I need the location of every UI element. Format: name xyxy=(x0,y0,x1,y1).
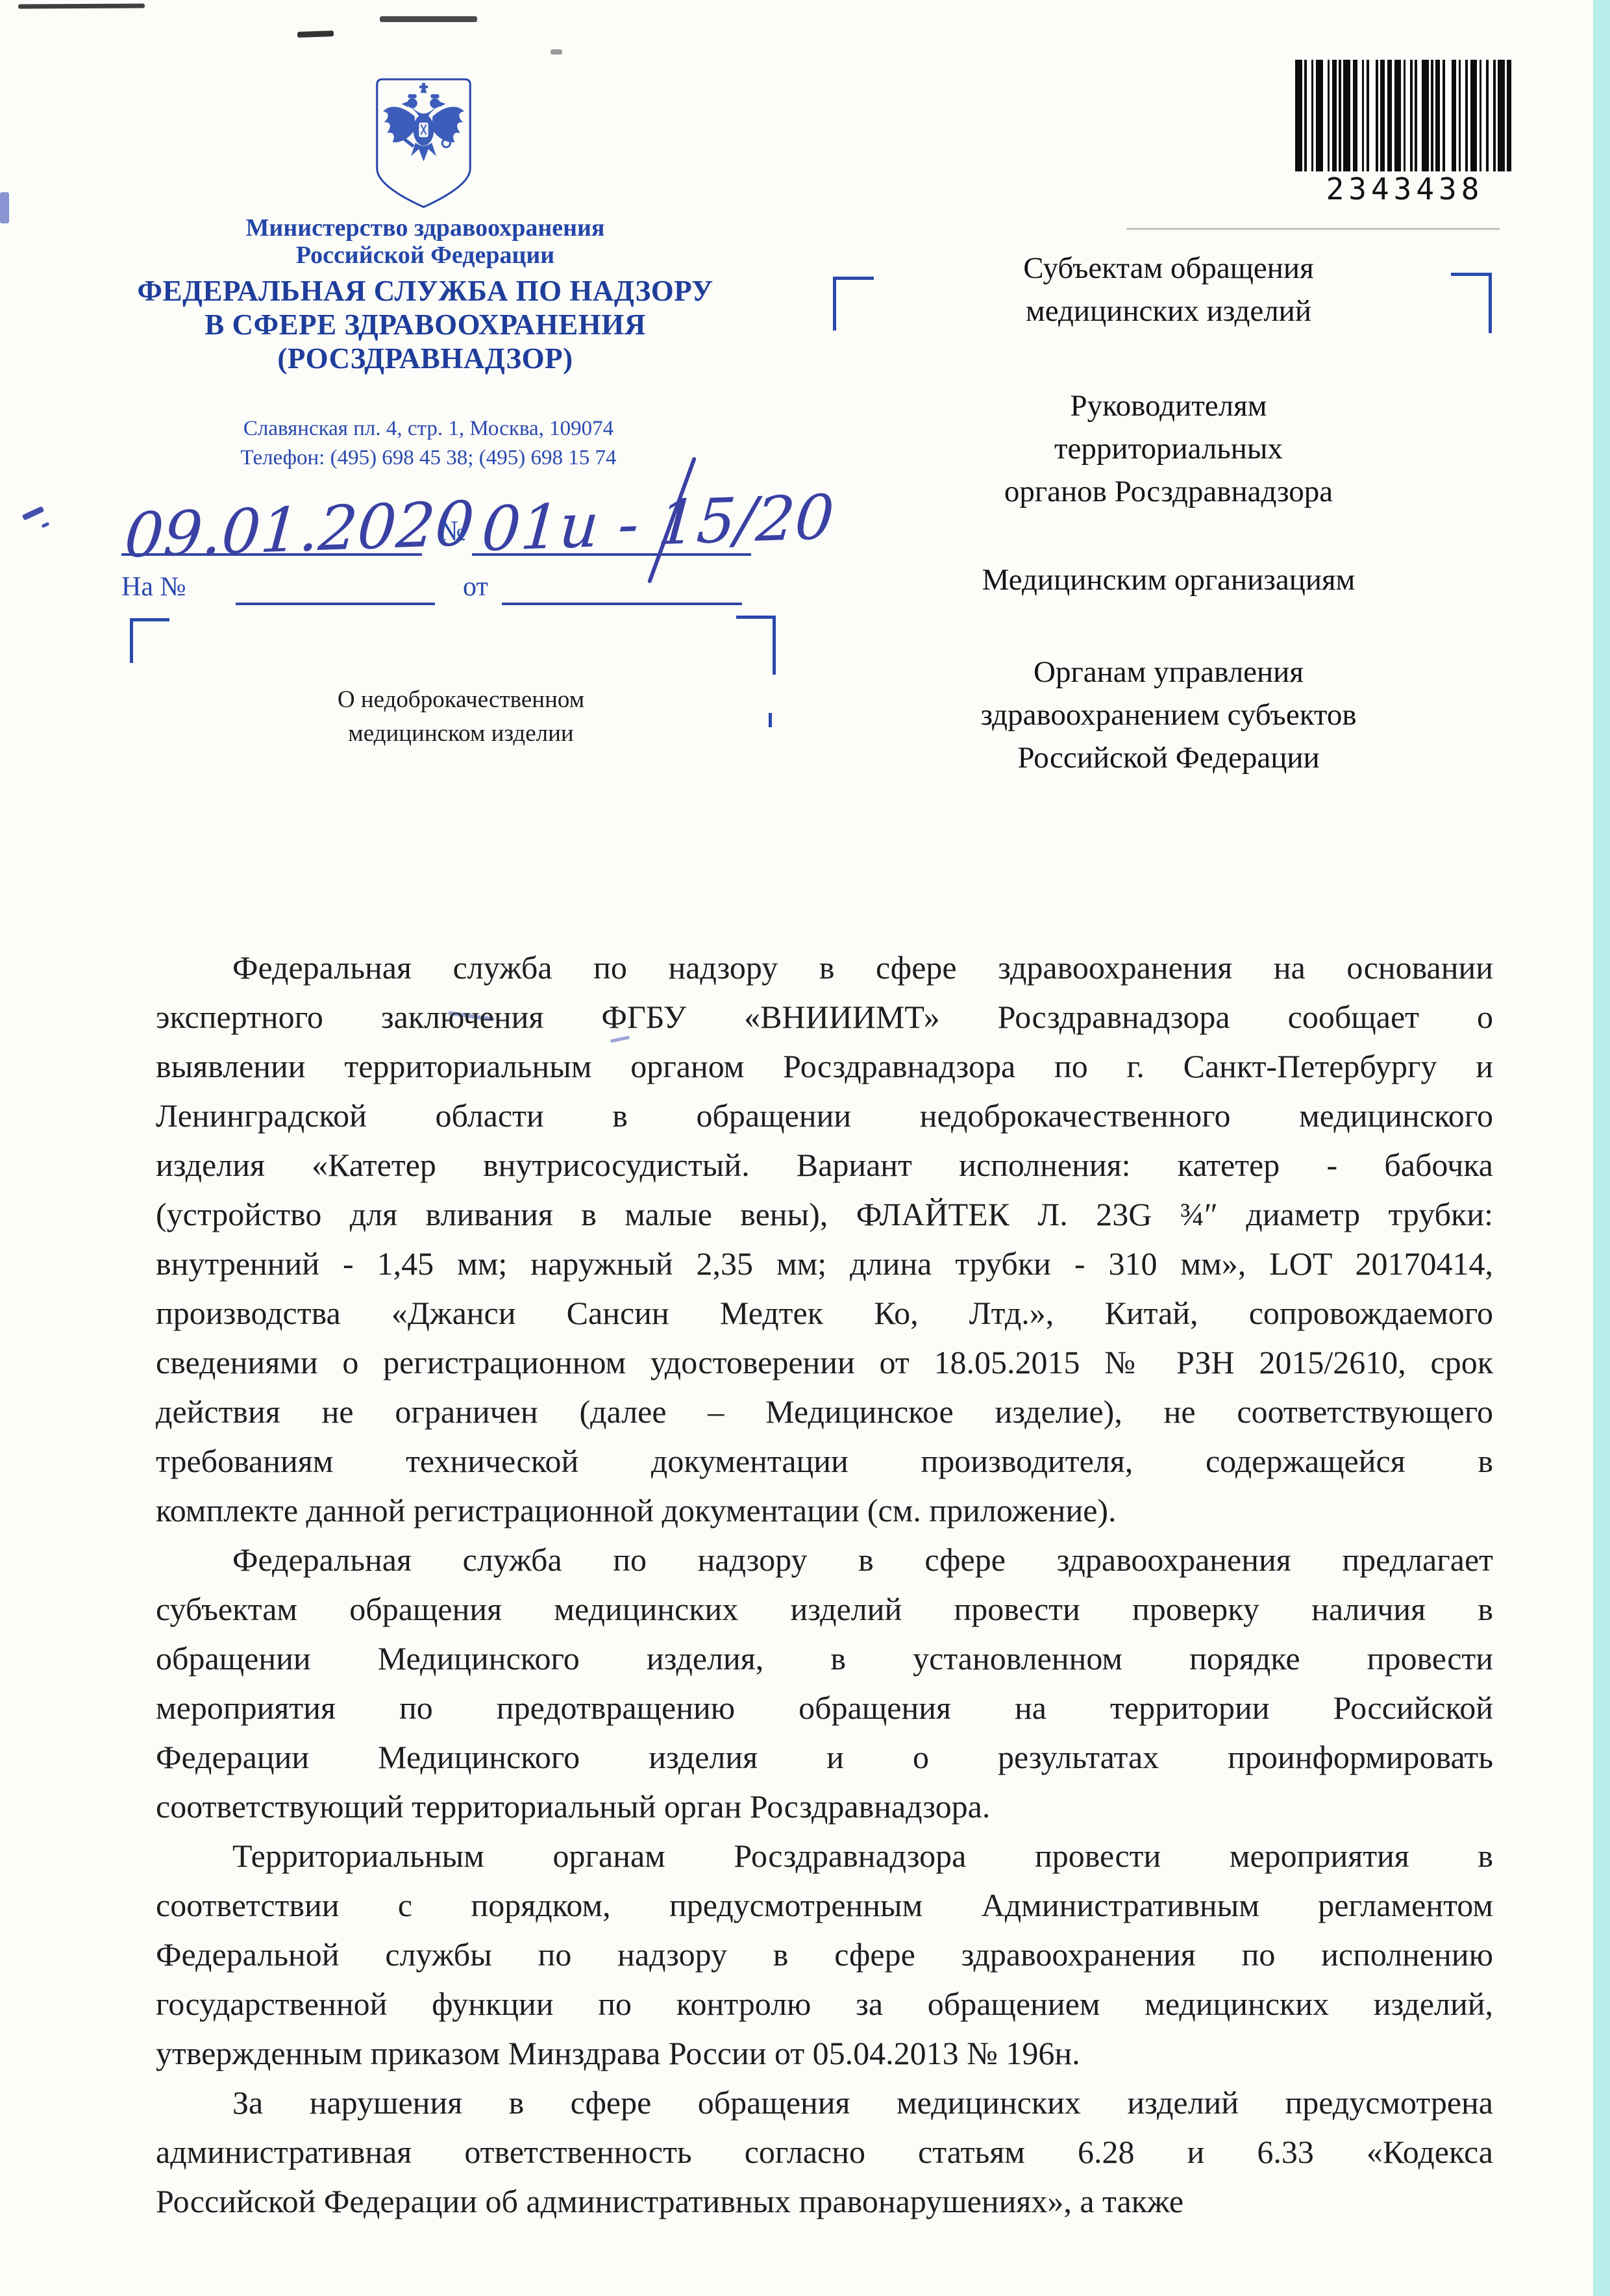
letter-body: Федеральная служба по надзору в сфере зд… xyxy=(156,943,1493,2226)
body-line: требованиям технической документации про… xyxy=(156,1436,1493,1486)
scan-artifact xyxy=(22,506,45,521)
body-line: Ленинградской области в обращении недобр… xyxy=(156,1091,1493,1140)
addressee-line: Российской Федерации xyxy=(831,736,1506,779)
body-line: (устройство для вливания в малые вены), … xyxy=(156,1190,1493,1239)
service-line-1: ФЕДЕРАЛЬНАЯ СЛУЖБА ПО НАДЗОРУ xyxy=(84,274,766,308)
body-line: обращении Медицинского изделия, в устано… xyxy=(156,1634,1493,1683)
scan-artifact xyxy=(551,49,562,55)
coat-of-arms-icon xyxy=(367,77,480,210)
ministry-title: Министерство здравоохранения Российской … xyxy=(97,214,753,269)
body-line: изделия «Катетер внутрисосудистый. Вариа… xyxy=(156,1140,1493,1190)
body-line: Федеральная служба по надзору в сфере зд… xyxy=(156,1535,1493,1584)
scan-artifact xyxy=(380,16,477,22)
scan-artifact xyxy=(42,522,50,529)
reply-from-underline xyxy=(502,603,742,605)
body-line: сведениями о регистрационном удостоверен… xyxy=(156,1338,1493,1387)
scan-artifact xyxy=(297,31,334,38)
barcode xyxy=(1295,60,1515,171)
scanned-letter-page: Министерство здравоохранения Российской … xyxy=(0,0,1610,2296)
addressee-group-medical-orgs: Медицинским организациям xyxy=(831,558,1506,601)
date-underline xyxy=(121,553,422,556)
addressee-group-heads: Руководителямтерриториальныхорганов Росз… xyxy=(831,384,1506,513)
addressee-line: медицинских изделий xyxy=(831,290,1506,332)
addressee-line: Субъектам обращения xyxy=(831,247,1506,290)
reply-number-label: На № xyxy=(121,571,186,603)
body-paragraph: Федеральная служба по надзору в сфере зд… xyxy=(156,943,1493,1535)
body-line: экспертного заключения ФГБУ «ВНИИИМТ» Ро… xyxy=(156,992,1493,1042)
subject-corner-bracket-left xyxy=(130,618,169,663)
subject-corner-bracket-tick xyxy=(769,713,772,727)
body-line: внутренний - 1,45 мм; наружный 2,35 мм; … xyxy=(156,1239,1493,1288)
address-line: Славянская пл. 4, стр. 1, Москва, 109074 xyxy=(143,414,714,443)
body-line: действия не ограничен (далее – Медицинск… xyxy=(156,1387,1493,1436)
addressee-group-subjects: Субъектам обращениямедицинских изделий xyxy=(831,247,1506,332)
body-line: Федеральная служба по надзору в сфере зд… xyxy=(156,943,1493,992)
body-paragraph: Территориальным органам Росздравнадзора … xyxy=(156,1831,1493,2078)
scanner-edge-band xyxy=(1593,0,1610,2296)
ministry-line-2: Российской Федерации xyxy=(97,242,753,269)
body-line: мероприятия по предотвращению обращения … xyxy=(156,1683,1493,1732)
body-line: соответствии с порядком, предусмотренным… xyxy=(156,1880,1493,1930)
service-title: ФЕДЕРАЛЬНАЯ СЛУЖБА ПО НАДЗОРУ В СФЕРЕ ЗД… xyxy=(84,274,766,375)
reply-number-underline xyxy=(236,603,435,605)
scan-artifact xyxy=(18,3,145,8)
letterhead-contacts: Славянская пл. 4, стр. 1, Москва, 109074… xyxy=(143,414,714,473)
body-line: комплекте данной регистрационной докумен… xyxy=(156,1486,1493,1535)
addressee-line: Органам управления xyxy=(831,651,1506,693)
reply-from-label: от xyxy=(463,571,488,603)
handwritten-date: 09.01.2020 xyxy=(122,488,477,571)
scan-artifact xyxy=(0,192,9,223)
addressee-line: Руководителям xyxy=(831,384,1506,427)
subject-corner-bracket-right xyxy=(736,616,776,675)
addressee-line: здравоохранением субъектов xyxy=(831,693,1506,736)
number-underline xyxy=(472,553,751,556)
phone-line: Телефон: (495) 698 45 38; (495) 698 15 7… xyxy=(143,443,714,473)
addressee-line: территориальных xyxy=(831,427,1506,470)
body-line: Федерации Медицинского изделия и о резул… xyxy=(156,1732,1493,1782)
body-line: Российской Федерации об административных… xyxy=(156,2177,1493,2226)
body-line: административная ответственность согласн… xyxy=(156,2127,1493,2177)
body-line: За нарушения в сфере обращения медицинск… xyxy=(156,2078,1493,2127)
subject-line-2: медицинском изделии xyxy=(247,717,675,751)
body-line: производства «Джанси Сансин Медтек Ко, Л… xyxy=(156,1288,1493,1338)
body-line: выявлении территориальным органом Росздр… xyxy=(156,1042,1493,1091)
body-line: Федеральной службы по надзору в сфере зд… xyxy=(156,1930,1493,1979)
addressee-group-health-authorities: Органам управленияздравоохранением субъе… xyxy=(831,651,1506,779)
addressee-line: органов Росздравнадзора xyxy=(831,470,1506,513)
addressee-line: Медицинским организациям xyxy=(831,558,1506,601)
service-line-2: В СФЕРЕ ЗДРАВООХРАНЕНИЯ xyxy=(84,308,766,342)
scan-artifact xyxy=(1126,228,1500,230)
barcode-value: 2343438 xyxy=(1295,171,1515,206)
subject-line-1: О недоброкачественном xyxy=(247,683,675,717)
body-paragraph: За нарушения в сфере обращения медицинск… xyxy=(156,2078,1493,2226)
body-line: соответствующий территориальный орган Ро… xyxy=(156,1782,1493,1831)
body-paragraph: Федеральная служба по надзору в сфере зд… xyxy=(156,1535,1493,1831)
body-line: Территориальным органам Росздравнадзора … xyxy=(156,1831,1493,1880)
subject-block: О недоброкачественном медицинском издели… xyxy=(247,683,675,751)
number-sign: № xyxy=(439,514,466,547)
body-line: утвержденным приказом Минздрава России о… xyxy=(156,2028,1493,2078)
service-line-3: (РОСЗДРАВНАДЗОР) xyxy=(84,342,766,375)
body-line: государственной функции по контролю за о… xyxy=(156,1979,1493,2028)
ministry-line-1: Министерство здравоохранения xyxy=(97,214,753,242)
body-line: субъектам обращения медицинских изделий … xyxy=(156,1584,1493,1634)
